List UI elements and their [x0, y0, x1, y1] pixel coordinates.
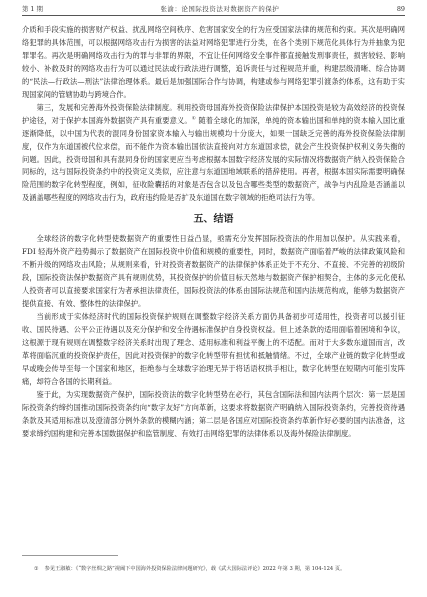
issue-label: 第 1 期 [22, 4, 43, 13]
paragraph: 鉴于此，为实现数据资产保护，国际投资法的数字化转型势在必行，其包含国际法和国内法… [22, 389, 405, 441]
paragraph: 介质和手段实施的损害财产权益、扰乱网络空间秩序、危害国家安全的行为应受国家法律的… [22, 24, 405, 102]
header-rule [22, 15, 405, 16]
footnote: ① 参见王淑敏：《“数字丝绸之路”视阈下中国海外投资保险法律问题研究》，载《武大… [34, 565, 404, 573]
journal-page: 第 1 期 张渝：论国际投资法对数据资产的保护 89 介质和手段实施的损害财产权… [0, 0, 427, 597]
paragraph: 当前形成于实体经济时代的国际投资保护规则在调整数字经济关系方面仍具备初步可适用性… [22, 311, 405, 389]
footnote-marker: ① [34, 565, 39, 573]
paragraph: 第三，发展和完善海外投资保险法律制度。利用投资母国海外投资保险法律保护本国投资是… [22, 102, 405, 206]
footnote-text: 参见王淑敏：《“数字丝绸之路”视阈下中国海外投资保险法律问题研究》，载《武大国际… [45, 565, 346, 573]
paragraph-text: 随着全球化的加深，单纯的资本输出国和单纯的资本输入国比重逐渐降低，以中国为代表的… [22, 116, 405, 203]
running-title: 张渝：论国际投资法对数据资产的保护 [160, 4, 279, 13]
paragraph: 全球经济的数字化转型使数据资产的重要性日益凸显，亟需充分发挥国际投资法的作用加以… [22, 233, 405, 311]
page-number: 89 [397, 5, 405, 13]
running-header: 第 1 期 张渝：论国际投资法对数据资产的保护 89 [22, 3, 405, 14]
section-heading: 五、结语 [22, 213, 405, 227]
footnote-rule [22, 555, 118, 556]
article-body: 介质和手段实施的损害财产权益、扰乱网络空间秩序、危害国家安全的行为应受国家法律的… [22, 24, 405, 441]
